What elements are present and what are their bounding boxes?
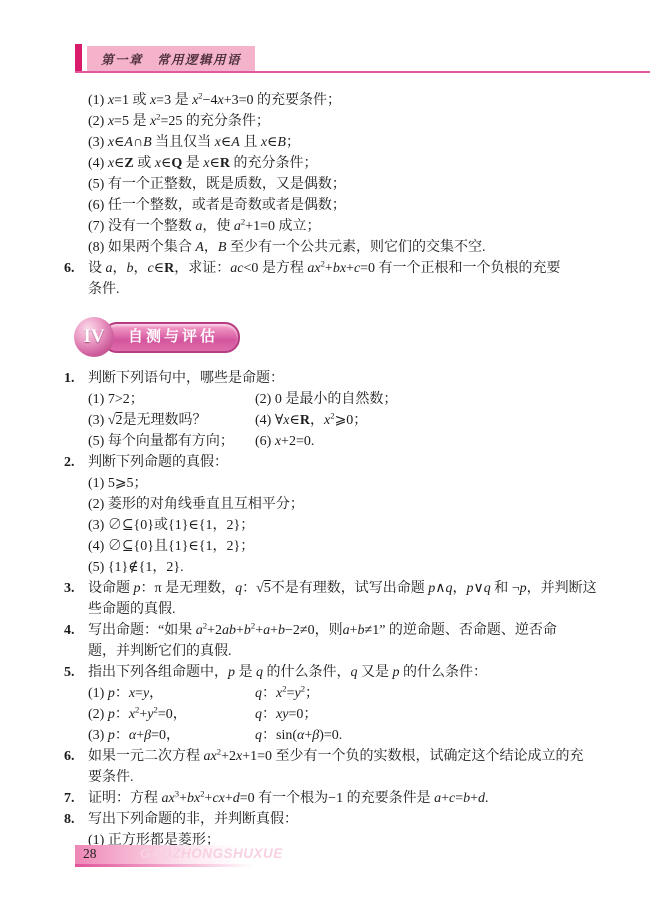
problem-text: 设命题 p：π 是无理数，q：√5不是有理数，试写出命题 p∧q，p∨q 和 ¬… xyxy=(88,578,650,599)
chapter-accent-bar xyxy=(75,44,82,71)
problem-number: 2. xyxy=(64,452,88,473)
problem-text: 写出命题：“如果 a2+2ab+b2+a+b−2≠0，则a+b≠1” 的逆命题、… xyxy=(88,620,650,641)
problem-text-continued: 条件. xyxy=(88,279,650,300)
sub-item: (6) x+2=0. xyxy=(255,431,314,452)
problem-text: 判断下列命题的真假： xyxy=(88,452,650,473)
sub-item: (5) 每个向量都有方向； xyxy=(88,431,255,452)
section-roman-numeral: IV xyxy=(74,317,114,357)
selftest-problem-1: 1. 判断下列语句中，哪些是命题： xyxy=(0,368,650,389)
selftest-problem-7: 7. 证明：方程 ax3+bx2+cx+d=0 有一个根为−1 的充要条件是 a… xyxy=(0,788,650,809)
sub-item: (3) √2是无理数吗？ xyxy=(88,410,255,431)
problem-number: 3. xyxy=(64,578,88,599)
problem-5-row-1: (1) p：x=y， q：x2=y2； xyxy=(88,683,650,704)
textbook-page: 第一章 常用逻辑用语 (1) x=1 或 x=3 是 x2−4x+3=0 的充要… xyxy=(0,0,650,912)
sub-item: (5) {1}∉{1，2}. xyxy=(88,557,650,578)
problem-1-row-2: (3) √2是无理数吗？ (4) ∀x∈R，x2⩾0； xyxy=(88,410,650,431)
exercise-item-8: (8) 如果两个集合 A，B 至少有一个公共元素，则它们的交集不空. xyxy=(88,237,650,258)
problem-1-row-3: (5) 每个向量都有方向； (6) x+2=0. xyxy=(88,431,650,452)
problem-number: 4. xyxy=(64,620,88,641)
exercise-item-5: (5) 有一个正整数，既是质数，又是偶数； xyxy=(88,174,650,195)
sub-item: (1) 7>2； xyxy=(88,389,255,410)
page-content: (1) x=1 或 x=3 是 x2−4x+3=0 的充要条件； (2) x=5… xyxy=(0,90,650,851)
problem-5-row-3: (3) p：α+β=0， q：sin(α+β)=0. xyxy=(88,725,650,746)
sub-item: (2) 0 是最小的自然数； xyxy=(255,389,397,410)
footer-underline xyxy=(75,864,253,867)
sub-item: q：x2=y2； xyxy=(255,683,319,704)
exercise-item-4: (4) x∈Z 或 x∈Q 是 x∈R 的充分条件； xyxy=(88,153,650,174)
exercise-item-6: (6) 任一个整数，或者是奇数或者是偶数； xyxy=(88,195,650,216)
chapter-title: 第一章 常用逻辑用语 xyxy=(87,46,255,71)
problem-number: 6. xyxy=(64,746,88,767)
problem-text-continued: 些命题的真假. xyxy=(88,599,650,620)
sub-item: (3) ∅⊆{0}或{1}∈{1，2}； xyxy=(88,515,650,536)
sub-item: q：sin(α+β)=0. xyxy=(255,725,342,746)
footer-watermark: GAOZHONGSHUXUE xyxy=(140,846,283,861)
problem-text-continued: 要条件. xyxy=(88,767,650,788)
problem-number: 5. xyxy=(64,662,88,683)
selftest-problem-6: 6. 如果一元二次方程 ax2+2x+1=0 至少有一个负的实数根，试确定这个结… xyxy=(0,746,650,767)
sub-item: (4) ∅⊆{0}且{1}∈{1，2}； xyxy=(88,536,650,557)
section-banner: IV 自测与评估 xyxy=(74,316,650,358)
problem-text-continued: 题，并判断它们的真假. xyxy=(88,641,650,662)
sub-item: (3) p：α+β=0， xyxy=(88,725,255,746)
selftest-problem-2: 2. 判断下列命题的真假： xyxy=(0,452,650,473)
problem-1-row-1: (1) 7>2； (2) 0 是最小的自然数； xyxy=(88,389,650,410)
problem-number: 8. xyxy=(64,809,88,830)
problem-number: 6. xyxy=(64,258,88,279)
sub-item: (1) 5⩾5； xyxy=(88,473,650,494)
exercise-item-3: (3) x∈A∩B 当且仅当 x∈A 且 x∈B； xyxy=(88,132,650,153)
problem-text: 证明：方程 ax3+bx2+cx+d=0 有一个根为−1 的充要条件是 a+c=… xyxy=(88,788,650,809)
exercise-item-7: (7) 没有一个整数 a，使 a2+1=0 成立； xyxy=(88,216,650,237)
selftest-problem-3: 3. 设命题 p：π 是无理数，q：√5不是有理数，试写出命题 p∧q，p∨q … xyxy=(0,578,650,599)
problem-text: 如果一元二次方程 ax2+2x+1=0 至少有一个负的实数根，试确定这个结论成立… xyxy=(88,746,650,767)
exercise-problem-6: 6. 设 a，b，c∈R，求证：ac<0 是方程 ax2+bx+c=0 有一个正… xyxy=(0,258,650,279)
exercise-item-2: (2) x=5 是 x2=25 的充分条件； xyxy=(88,111,650,132)
problem-number: 7. xyxy=(64,788,88,809)
sub-item: q：xy=0； xyxy=(255,704,317,725)
problem-text: 判断下列语句中，哪些是命题： xyxy=(88,368,650,389)
sub-item: (2) p：x2+y2=0， xyxy=(88,704,255,725)
exercise-item-1: (1) x=1 或 x=3 是 x2−4x+3=0 的充要条件； xyxy=(88,90,650,111)
problem-number: 1. xyxy=(64,368,88,389)
sub-item: (1) p：x=y， xyxy=(88,683,255,704)
problem-5-row-2: (2) p：x2+y2=0， q：xy=0； xyxy=(88,704,650,725)
sub-item: (4) ∀x∈R，x2⩾0； xyxy=(255,410,367,431)
section-title: 自测与评估 xyxy=(102,322,240,353)
problem-text: 设 a，b，c∈R，求证：ac<0 是方程 ax2+bx+c=0 有一个正根和一… xyxy=(88,258,650,279)
problem-text: 指出下列各组命题中，p 是 q 的什么条件，q 又是 p 的什么条件： xyxy=(88,662,650,683)
chapter-header: 第一章 常用逻辑用语 xyxy=(75,44,650,73)
selftest-problem-8: 8. 写出下列命题的非，并判断真假： xyxy=(0,809,650,830)
page-number: 28 xyxy=(83,846,97,862)
problem-text: 写出下列命题的非，并判断真假： xyxy=(88,809,650,830)
selftest-problem-4: 4. 写出命题：“如果 a2+2ab+b2+a+b−2≠0，则a+b≠1” 的逆… xyxy=(0,620,650,641)
selftest-problem-5: 5. 指出下列各组命题中，p 是 q 的什么条件，q 又是 p 的什么条件： xyxy=(0,662,650,683)
sub-item: (2) 菱形的对角线垂直且互相平分； xyxy=(88,494,650,515)
